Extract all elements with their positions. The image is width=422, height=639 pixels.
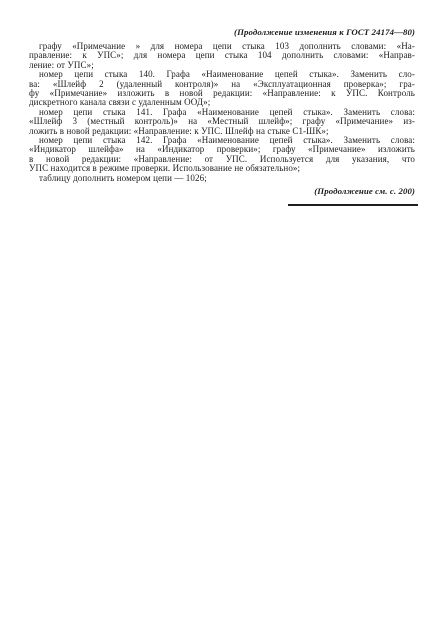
paragraph: номер цепи стыка 140. Графа «Наименовани…: [29, 70, 415, 108]
paragraph: графу «Примечание » для номера цепи стык…: [29, 42, 415, 70]
continuation-header: (Продолжение изменения к ГОСТ 24174—80): [29, 27, 415, 37]
body-text: графу «Примечание » для номера цепи стык…: [29, 42, 415, 183]
paragraph: таблицу дополнить номером цепи — 1026;: [29, 174, 415, 183]
paragraph: номер цепи стыка 141. Графа «Наименовани…: [29, 108, 415, 136]
section-divider: [288, 204, 418, 206]
document-page: (Продолжение изменения к ГОСТ 24174—80) …: [0, 0, 422, 639]
continuation-footer: (Продолжение см. с. 200): [29, 186, 415, 196]
text-line: таблицу дополнить номером цепи — 1026;: [29, 174, 415, 183]
paragraph: номер цепи стыка 142. Графа «Наименовани…: [29, 136, 415, 174]
